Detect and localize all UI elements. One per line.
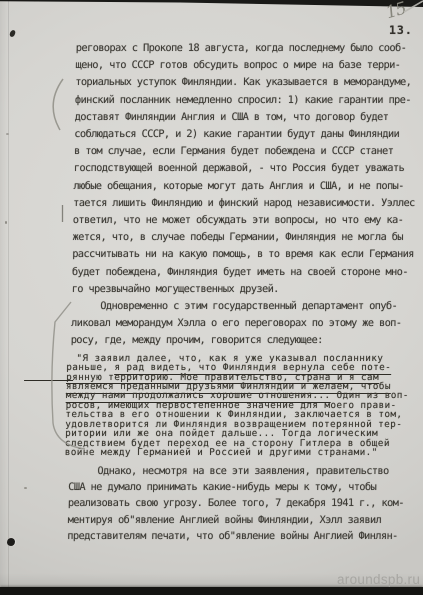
text-line: ментируя об"явление Англией войны Финлян… xyxy=(67,512,414,528)
punch-hole-bottom-left xyxy=(7,538,15,546)
text-line: го чрезвычайно могущественных друзей. xyxy=(71,281,418,298)
underline-margin-extension xyxy=(24,380,73,381)
text-segment: войне между Германией и Россией и другим… xyxy=(65,447,378,458)
body-paragraph: Одновременно с этим государственный депа… xyxy=(71,298,419,350)
text-line: реговорах с Прокопе 18 августа, когда по… xyxy=(76,40,423,57)
text-line: доставят Финляндии Англия и США в том, ч… xyxy=(74,109,421,126)
text-line: в том случае, если Германия будет побежд… xyxy=(74,143,421,160)
text-line: росу, где, между прочим, говорится следу… xyxy=(71,332,418,349)
scan-strip-bottom xyxy=(0,587,423,595)
scan-strip-top xyxy=(0,0,423,8)
watermark: aroundspb.ru xyxy=(337,572,420,587)
text-line: щено, что СССР готов обсудить вопрос о м… xyxy=(75,57,422,74)
text-line: реализовать свою угрозу. Более того, 7 д… xyxy=(68,495,415,511)
text-line: рассчитывать ни на какую помощь, в то вр… xyxy=(72,246,419,263)
document-text: реговорах с Прокопе 18 августа, когда по… xyxy=(0,40,423,545)
text-line: соблюдаться СССР, и 2) какие гарантии бу… xyxy=(74,126,421,143)
page-number: 13. xyxy=(389,23,413,37)
text-line: будет побеждена, Финляндия будет иметь н… xyxy=(72,264,419,281)
text-line: финский посланник немедленно спросил: 1)… xyxy=(75,92,422,109)
paper-speck xyxy=(5,221,7,224)
paper-speck xyxy=(6,133,9,135)
text-line: США не думало принимать какие-нибудь мер… xyxy=(68,479,415,495)
text-line: жется, что, в случае победы Германии, Фи… xyxy=(72,229,419,246)
text-line: представителям печати, что об"явление во… xyxy=(67,528,414,544)
paper-speck xyxy=(24,487,27,489)
text-line: войне между Германией и Россией и другим… xyxy=(65,448,416,457)
text-line: ответил, что не может обсуждать эти вопр… xyxy=(73,212,420,229)
text-line: любые обещания, которые могут дать Англи… xyxy=(73,178,420,195)
handwritten-number: 15 xyxy=(384,0,408,23)
body-paragraph: Однако, несмотря на все эти заявления, п… xyxy=(67,463,415,545)
text-line: Одновременно с этим государственный депа… xyxy=(71,298,418,315)
scanned-page: 15 13. реговорах с Прокопе 18 августа, к… xyxy=(0,0,423,595)
text-line: тается лишить Финляндию и финский народ … xyxy=(73,195,420,212)
text-line: ториальных уступок Финляндии. Как указыв… xyxy=(75,74,422,91)
text-line: ликовал меморандум Хэлла о его переговор… xyxy=(71,315,418,332)
body-paragraph: реговорах с Прокопе 18 августа, когда по… xyxy=(71,40,423,298)
text-line: Однако, несмотря на все эти заявления, п… xyxy=(68,463,415,479)
quoted-memorandum-excerpt: "Я заявил далее, что, как я уже указывал… xyxy=(65,354,418,458)
text-line: господствующей военной державой, - что Р… xyxy=(74,160,421,177)
ink-blot-top-left xyxy=(9,29,16,37)
